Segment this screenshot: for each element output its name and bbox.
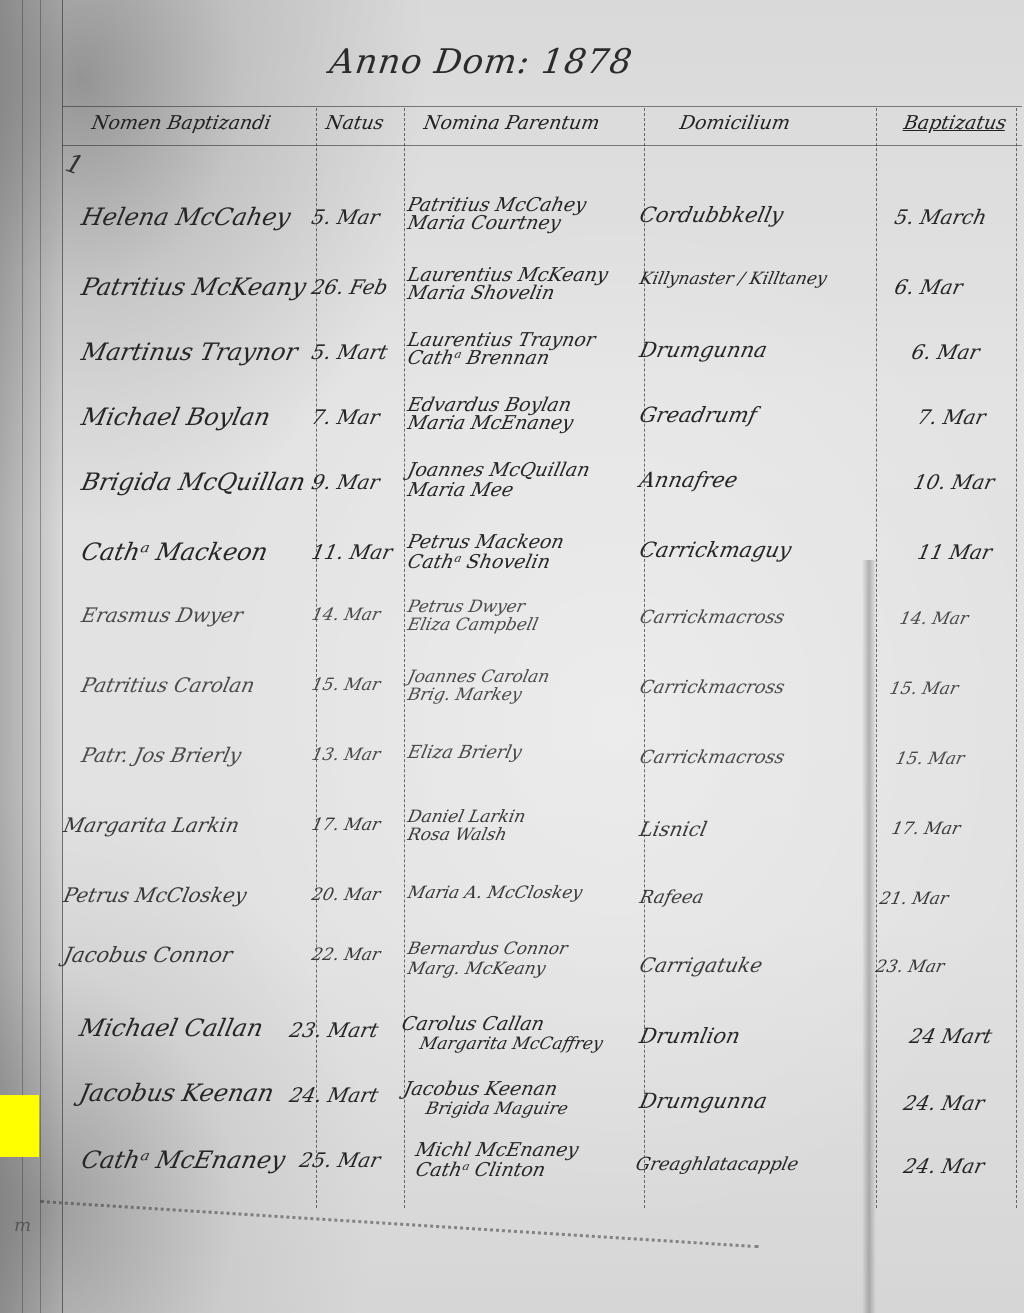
header-natus: Natus	[324, 112, 385, 134]
birth-date: 13. Mar	[310, 745, 382, 765]
child-name: Patr. Jos Brierly	[79, 743, 243, 767]
domicile: Annafree	[637, 468, 740, 492]
child-name: Erasmus Dwyer	[79, 603, 245, 627]
father-name: Maria A. McCloskey	[406, 883, 584, 903]
baptism-date: 24 Mart	[907, 1024, 994, 1048]
child-name: Jacobus Keenan	[77, 1079, 276, 1107]
header-domicile: Domicilium	[678, 112, 792, 134]
baptism-date: 21. Mar	[878, 889, 950, 909]
domicile: Carrickmaguy	[637, 538, 793, 562]
birth-date: 5. Mart	[309, 340, 390, 364]
birth-date: 5. Mar	[309, 205, 382, 229]
domicile: Drumlion	[637, 1024, 742, 1048]
mother-name: Maria McEnaney	[406, 413, 575, 433]
father-name: Petrus Mackeon	[406, 532, 566, 552]
header-rule-top	[62, 106, 1022, 107]
father-name: Carolus Callan	[400, 1014, 546, 1034]
domicile: Carrickmacross	[638, 607, 787, 628]
baptism-date: 23. Mar	[874, 957, 946, 977]
domicile: Carrickmacross	[638, 747, 787, 768]
mother-name: Marg. McKeany	[406, 959, 548, 979]
birth-date: 26. Feb	[309, 275, 390, 299]
child-name: Jacobus Connor	[61, 943, 234, 967]
baptism-date: 10. Mar	[911, 470, 996, 494]
birth-date: 25. Mar	[297, 1148, 382, 1172]
child-name: Cathᵃ McEnaney	[79, 1146, 288, 1174]
birth-date: 22. Mar	[310, 945, 382, 965]
domicile: Greaghlatacapple	[634, 1154, 801, 1175]
birth-date: 20. Mar	[310, 885, 382, 905]
mother-name: Maria Courtney	[406, 213, 563, 233]
child-name: Michael Boylan	[79, 403, 273, 431]
birth-date: 17. Mar	[310, 815, 382, 835]
baptism-date: 6. Mar	[909, 340, 982, 364]
header-parents: Nomina Parentum	[422, 112, 601, 134]
domicile: Carrigatuke	[637, 953, 764, 977]
mother-name: Brig. Markey	[406, 685, 524, 705]
child-name: Petrus McCloskey	[61, 883, 249, 907]
baptism-date: 7. Mar	[915, 405, 988, 429]
child-name: Helena McCahey	[79, 203, 293, 231]
domicile: Greadrumf	[637, 403, 759, 427]
father-name: Joannes McQuillan	[406, 460, 592, 480]
margin-note: m	[14, 1215, 31, 1236]
baptism-date: 24. Mar	[901, 1154, 986, 1178]
birth-date: 9. Mar	[309, 470, 382, 494]
table-row: Cathᵃ McEnaney 25. Mar Michl McEnaney Ca…	[0, 1140, 1024, 1270]
father-name: Eliza Brierly	[406, 743, 524, 763]
baptism-date: 15. Mar	[888, 679, 960, 699]
father-name: Michl McEnaney	[414, 1140, 581, 1160]
father-name: Joannes Carolan	[406, 667, 552, 687]
yellow-highlight-marker	[0, 1095, 39, 1157]
child-name: Brigida McQuillan	[79, 468, 308, 496]
birth-date: 15. Mar	[310, 675, 382, 695]
father-name: Daniel Larkin	[406, 807, 528, 827]
mother-name: Cathᵃ Clinton	[414, 1160, 547, 1180]
domicile: Carrickmacross	[638, 677, 787, 698]
domicile: Killynaster / Killtaney	[638, 269, 829, 289]
baptism-date: 14. Mar	[898, 609, 970, 629]
baptism-date: 5. March	[892, 205, 989, 229]
domicile: Cordubbkelly	[637, 203, 785, 227]
baptism-date: 6. Mar	[892, 275, 965, 299]
child-name: Patritius Carolan	[79, 673, 257, 697]
register-page: Anno Dom: 1878 Nomen Baptizandi Natus No…	[0, 0, 1024, 1313]
header-rule-bottom	[62, 145, 1022, 146]
father-name: Petrus Dwyer	[406, 597, 527, 617]
birth-date: 7. Mar	[309, 405, 382, 429]
mother-name: Margarita McCaffrey	[418, 1034, 605, 1054]
header-name: Nomen Baptizandi	[90, 112, 272, 134]
domicile: Drumgunna	[637, 1089, 769, 1113]
domicile: Rafeea	[638, 887, 706, 908]
page-title: Anno Dom: 1878	[327, 42, 635, 82]
father-name: Jacobus Keenan	[402, 1079, 559, 1099]
mother-name: Rosa Walsh	[406, 825, 509, 845]
mother-name: Cathᵃ Brennan	[406, 348, 552, 368]
child-name: Patritius McKeany	[79, 273, 309, 301]
baptism-date: 17. Mar	[890, 819, 962, 839]
mother-name: Eliza Campbell	[406, 615, 540, 635]
domicile: Drumgunna	[637, 338, 769, 362]
entry-marker: 1	[61, 148, 87, 182]
domicile: Lisnicl	[637, 817, 709, 841]
mother-name: Maria Mee	[406, 480, 516, 500]
birth-date: 11. Mar	[309, 540, 394, 564]
baptism-date: 15. Mar	[894, 749, 966, 769]
mother-name: Maria Shovelin	[406, 283, 557, 303]
birth-date: 14. Mar	[310, 605, 382, 625]
birth-date: 23. Mart	[287, 1018, 380, 1042]
mother-name: Cathᵃ Shovelin	[406, 552, 552, 572]
child-name: Cathᵃ Mackeon	[79, 538, 270, 566]
baptism-date: 11 Mar	[915, 540, 994, 564]
mother-name: Brigida Maguire	[424, 1099, 570, 1119]
header-baptized: Baptizatus	[902, 112, 1008, 134]
baptism-date: 24. Mar	[901, 1091, 986, 1115]
child-name: Margarita Larkin	[61, 813, 241, 837]
child-name: Martinus Traynor	[79, 338, 300, 366]
birth-date: 24. Mart	[287, 1083, 380, 1107]
father-name: Bernardus Connor	[406, 939, 570, 959]
child-name: Michael Callan	[77, 1014, 266, 1042]
